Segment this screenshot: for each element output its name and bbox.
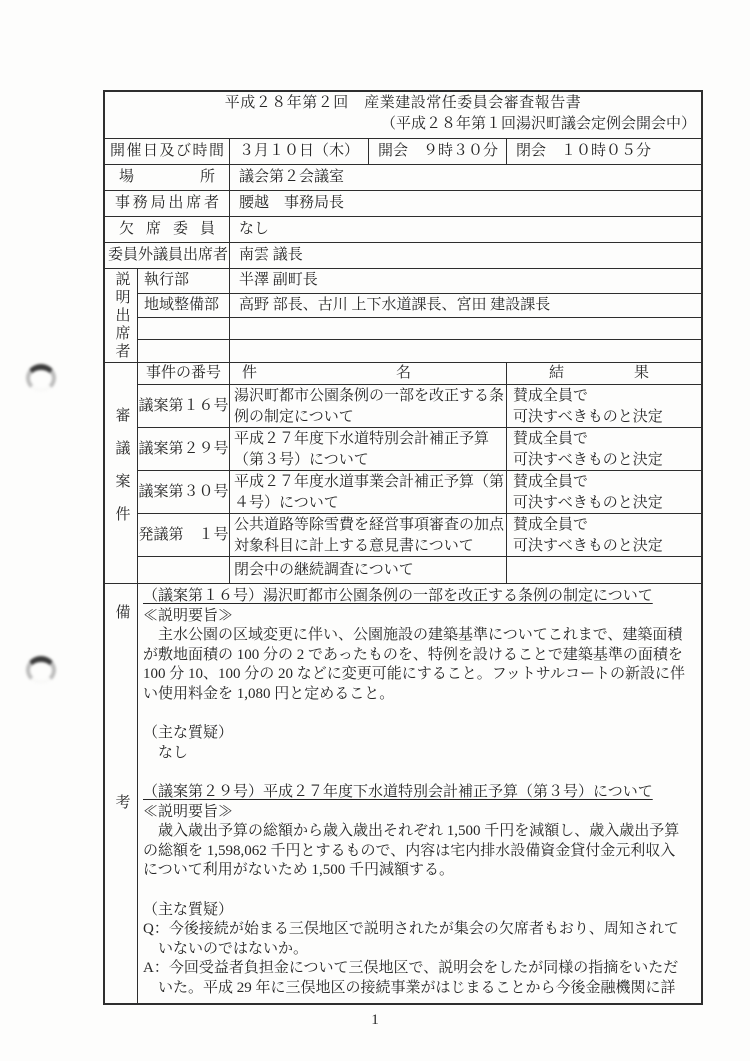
remarks-line: 100 分 10、100 分の 20 などに変更可能にすること。フットサルコート… xyxy=(143,665,697,685)
agenda-row-result: 賛成全員で可決すべきものと決定 xyxy=(507,385,701,428)
secretariat-row: 事務局出席者 腰越 事務局長 xyxy=(105,190,701,216)
remarks-line: ≪説明要旨≫ xyxy=(143,607,697,627)
place-label: 場所 xyxy=(105,167,229,188)
agenda-header-number: 事件の番号 xyxy=(138,363,230,385)
remarks-line: 歳入歳出予算の総額から歳入歳出それぞれ 1,500 千円を減額し、歳入歳出予算 xyxy=(143,822,697,842)
agenda-row-result: 賛成全員で可決すべきものと決定 xyxy=(507,514,701,557)
outside-attendee-row: 委員外議員出席者 南雲 議長 xyxy=(105,242,701,268)
agenda-section-label-cell: 審議案件 xyxy=(105,363,138,583)
remarks-line: い使用料金を 1,080 円と定めること。 xyxy=(143,685,697,705)
agenda-row-number: 議案第２９号 xyxy=(138,428,230,471)
agenda-row-number: 発議第 １号 xyxy=(138,514,230,557)
place-row: 場所 議会第２会議室 xyxy=(105,164,701,190)
title-section: 平成２８年第２回 産業建設常任委員会審査報告書 （平成２８年第１回湯沢町議会定例… xyxy=(105,92,701,138)
absent-value: なし xyxy=(230,217,701,242)
close-time-value: 閉会 １０時０５分 xyxy=(507,139,701,164)
outside-label-cell: 委員外議員出席者 xyxy=(105,243,230,268)
remarks-body: （議案第１６号）湯沢町都市公園条例の一部を改正する条例の制定について ≪説明要旨… xyxy=(138,584,701,1003)
remarks-line: A：今回受益者負担金について三俣地区で、説明会をしたが同様の指摘をいただ xyxy=(143,959,697,979)
remarks-line xyxy=(143,705,697,725)
agenda-result-line2: 可決すべきものと決定 xyxy=(513,536,701,557)
place-label-cell: 場所 xyxy=(105,165,230,190)
agenda-row-name: 湯沢町都市公園条例の一部を改正する条例の制定について xyxy=(230,385,507,428)
place-value: 議会第２会議室 xyxy=(230,165,701,190)
remarks-heading-1: （議案第１６号）湯沢町都市公園条例の一部を改正する条例の制定について xyxy=(143,587,697,607)
remarks-heading-2: （議案第２９号）平成２７年度下水道特別会計補正予算（第３号）について xyxy=(143,783,697,803)
explainers-section-label-cell: 説明出席者 xyxy=(105,269,138,362)
explainer-dept xyxy=(138,340,230,363)
absent-label: 欠席委員 xyxy=(105,219,229,240)
remarks-line: が敷地面積の 100 分の 2 であったものを、特例を設けることで建築基準の面積… xyxy=(143,646,697,666)
agenda-result-line1: 賛成全員で xyxy=(513,429,701,450)
agenda-result-line2: 可決すべきものと決定 xyxy=(513,407,701,428)
agenda-header-result: 結果 xyxy=(507,363,701,385)
report-title: 平成２８年第２回 産業建設常任委員会審査報告書 xyxy=(105,93,701,114)
remarks-line xyxy=(143,763,697,783)
agenda-result-line2: 可決すべきものと決定 xyxy=(513,450,701,471)
agenda-section: 審議案件 事件の番号 件名 結果 議案第１６号 湯沢町都市公園条例の一部を改正す… xyxy=(105,362,701,583)
absent-row: 欠席委員 なし xyxy=(105,216,701,242)
absent-label-cell: 欠席委員 xyxy=(105,217,230,242)
agenda-section-label: 審議案件 xyxy=(111,407,132,539)
agenda-row-result xyxy=(507,557,701,583)
remarks-line: なし xyxy=(143,744,697,764)
remarks-line: （主な質疑） xyxy=(143,901,697,921)
agenda-grid: 事件の番号 件名 結果 議案第１６号 湯沢町都市公園条例の一部を改正する条例の制… xyxy=(138,363,701,583)
datetime-label-cell: 開催日及び時間 xyxy=(105,139,230,164)
report-table: 平成２８年第２回 産業建設常任委員会審査報告書 （平成２８年第１回湯沢町議会定例… xyxy=(103,90,703,1005)
date-value: ３月１０日（木） xyxy=(230,139,369,164)
remarks-line: Q：今後接続が始まる三俣地区で説明されたが集会の欠席者もおり、周知されて xyxy=(143,920,697,940)
remarks-line: （主な質疑） xyxy=(143,724,697,744)
agenda-row-result: 賛成全員で可決すべきものと決定 xyxy=(507,428,701,471)
explainer-members xyxy=(230,340,701,363)
remarks-line: について利用がないため 1,500 千円減額する。 xyxy=(143,861,697,881)
remarks-line: の総額を 1,598,062 千円とするもので、内容は宅内排水設備資金貸付金元利… xyxy=(143,842,697,862)
explainers-section: 説明出席者 執行部 半澤 副町長 地域整備部 高野 部長、古川 上下水道課長、宮… xyxy=(105,268,701,362)
agenda-row-number: 議案第３０号 xyxy=(138,471,230,514)
agenda-row-number xyxy=(138,557,230,583)
explainer-members: 高野 部長、古川 上下水道課長、宮田 建設課長 xyxy=(230,294,701,319)
agenda-result-line2: 可決すべきものと決定 xyxy=(513,493,701,514)
secretariat-value: 腰越 事務局長 xyxy=(230,191,701,216)
explainer-dept: 地域整備部 xyxy=(138,294,230,319)
agenda-row-number: 議案第１６号 xyxy=(138,385,230,428)
remarks-section-label-cell: 備考 xyxy=(105,584,138,1003)
remarks-line xyxy=(143,881,697,901)
agenda-row-name: 公共道路等除雪費を経営事項審査の加点対象科目に計上する意見書について xyxy=(230,514,507,557)
explainers-section-label: 説明出席者 xyxy=(111,271,132,361)
secretariat-label-cell: 事務局出席者 xyxy=(105,191,230,216)
agenda-header-name: 件名 xyxy=(230,363,507,385)
hole-punch-mark-bottom xyxy=(26,656,56,684)
remarks-line: いた。平成 29 年に三俣地区の接続事業がはじまることから今後金融機関に詳 xyxy=(143,979,697,999)
secretariat-label: 事務局出席者 xyxy=(105,193,229,214)
outside-label: 委員外議員出席者 xyxy=(105,245,229,266)
remarks-section: 備考 （議案第１６号）湯沢町都市公園条例の一部を改正する条例の制定について ≪説… xyxy=(105,583,701,1003)
agenda-result-line1: 賛成全員で xyxy=(513,472,701,493)
remarks-line: 主水公園の区域変更に伴い、公園施設の建築基準についてこれまで、建築面積 xyxy=(143,626,697,646)
outside-value: 南雲 議長 xyxy=(230,243,701,268)
agenda-row-result: 賛成全員で可決すべきものと決定 xyxy=(507,471,701,514)
explainer-dept: 執行部 xyxy=(138,269,230,294)
remarks-line: いないのではないか。 xyxy=(143,940,697,960)
report-subtitle: （平成２８年第１回湯沢町議会定例会開会中） xyxy=(105,114,701,135)
datetime-label: 開催日及び時間 xyxy=(105,141,229,162)
explainers-grid: 執行部 半澤 副町長 地域整備部 高野 部長、古川 上下水道課長、宮田 建設課長 xyxy=(138,269,701,362)
agenda-result-line1: 賛成全員で xyxy=(513,386,701,407)
agenda-row-name: 平成２７年度下水道特別会計補正予算（第３号）について xyxy=(230,428,507,471)
hole-punch-mark-top xyxy=(26,364,56,392)
explainer-members: 半澤 副町長 xyxy=(230,269,701,294)
agenda-row-name: 平成２７年度水道事業会計補正予算（第４号）について xyxy=(230,471,507,514)
datetime-row: 開催日及び時間 ３月１０日（木） 開会 ９時３０分 閉会 １０時０５分 xyxy=(105,138,701,164)
agenda-result-line1: 賛成全員で xyxy=(513,515,701,536)
explainer-dept xyxy=(138,318,230,340)
remarks-section-label: 備考 xyxy=(111,604,132,984)
explainer-members xyxy=(230,318,701,340)
remarks-line: ≪説明要旨≫ xyxy=(143,803,697,823)
page-number: 1 xyxy=(0,1012,750,1029)
agenda-row-name: 閉会中の継続調査について xyxy=(230,557,507,583)
open-time-value: 開会 ９時３０分 xyxy=(369,139,507,164)
